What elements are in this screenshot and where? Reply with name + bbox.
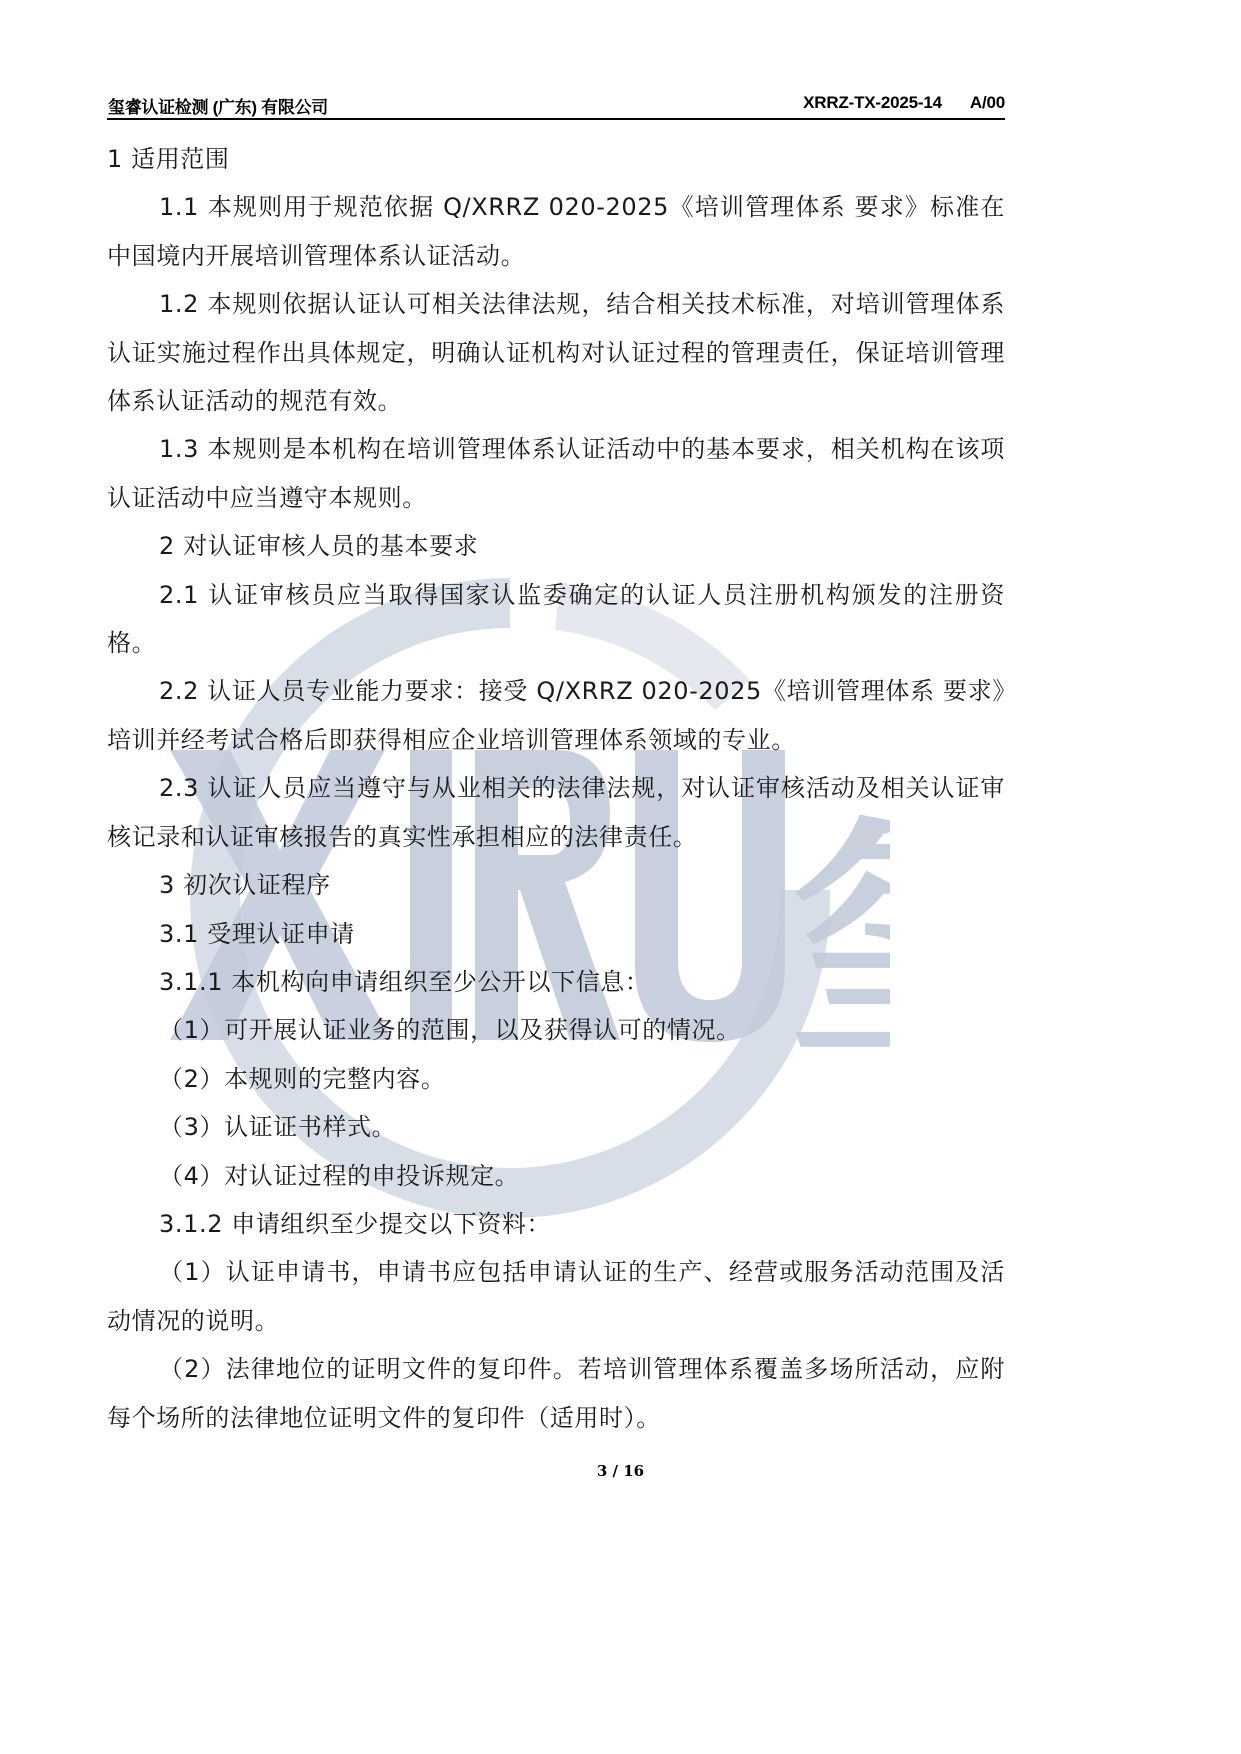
document-body: 1 适用范围 1.1 本规则用于规范依据 Q/XRRZ 020-2025《培训管…	[107, 135, 1005, 1442]
page-header: 玺睿认证检测 (广东) 有限公司 XRRZ-TX-2025-14A/00	[108, 90, 1005, 116]
list-item: （2）法律地位的证明文件的复印件。若培训管理体系覆盖多场所活动，应附每个场所的法…	[107, 1345, 1005, 1442]
page-number: 3 / 16	[0, 1462, 1241, 1480]
list-item: （1）可开展认证业务的范围，以及获得认可的情况。	[107, 1006, 1005, 1054]
clause-3-1-1: 3.1.1 本机构向申请组织至少公开以下信息：	[107, 958, 1005, 1006]
clause-1-1: 1.1 本规则用于规范依据 Q/XRRZ 020-2025《培训管理体系 要求》…	[107, 183, 1005, 280]
list-item: （2）本规则的完整内容。	[107, 1055, 1005, 1103]
clause-2-1: 2.1 认证审核员应当取得国家认监委确定的认证人员注册机构颁发的注册资格。	[107, 571, 1005, 668]
clause-1-3: 1.3 本规则是本机构在培训管理体系认证活动中的基本要求，相关机构在该项认证活动…	[107, 425, 1005, 522]
company-name: 玺睿认证检测 (广东) 有限公司	[108, 93, 328, 118]
clause-1-2: 1.2 本规则依据认证认可相关法律法规，结合相关技术标准，对培训管理体系认证实施…	[107, 280, 1005, 425]
list-item: （3）认证证书样式。	[107, 1103, 1005, 1151]
section-heading-1: 1 适用范围	[107, 135, 1005, 183]
list-item: （1）认证申请书，申请书应包括申请认证的生产、经营或服务活动范围及活动情况的说明…	[107, 1248, 1005, 1345]
section-heading-3: 3 初次认证程序	[107, 861, 1005, 909]
document-page: 玺睿认证检测 (广东) 有限公司 XRRZ-TX-2025-14A/00 玺睿 …	[0, 0, 1241, 1754]
clause-2-3: 2.3 认证人员应当遵守与从业相关的法律法规，对认证审核活动及相关认证审核记录和…	[107, 764, 1005, 861]
clause-2-2: 2.2 认证人员专业能力要求：接受 Q/XRRZ 020-2025《培训管理体系…	[107, 667, 1005, 764]
header-divider	[107, 118, 1005, 120]
clause-3-1: 3.1 受理认证申请	[107, 910, 1005, 958]
clause-3-1-2: 3.1.2 申请组织至少提交以下资料：	[107, 1200, 1005, 1248]
document-code-block: XRRZ-TX-2025-14A/00	[803, 93, 1005, 113]
revision-label: A/00	[970, 93, 1005, 112]
section-heading-2: 2 对认证审核人员的基本要求	[107, 522, 1005, 570]
document-code: XRRZ-TX-2025-14	[803, 93, 942, 112]
list-item: （4）对认证过程的申投诉规定。	[107, 1152, 1005, 1200]
